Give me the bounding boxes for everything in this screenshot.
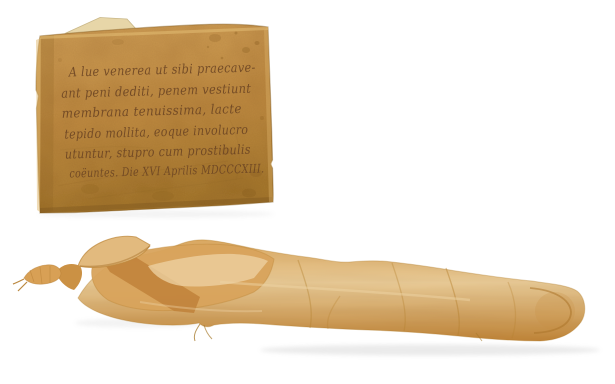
manuscript-note: A lue venerea ut sibi praecave- ant peni… <box>36 18 274 218</box>
condom-shadow-right <box>260 345 600 356</box>
condom-tip-shade <box>535 292 575 330</box>
artifact-photo: A lue venerea ut sibi praecave- ant peni… <box>0 0 615 384</box>
note-left-fold-shade <box>40 35 54 213</box>
